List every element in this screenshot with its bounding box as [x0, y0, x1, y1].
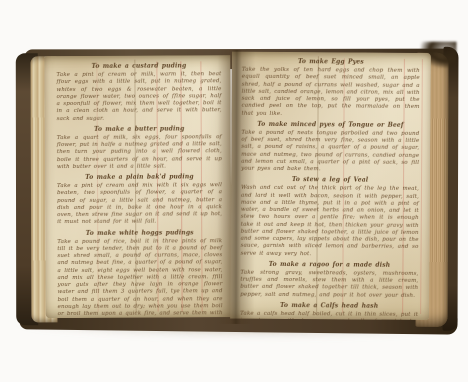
recipe: To make a ragoo for a made dish Take str… [240, 260, 418, 299]
recipe-body: Take a quart of milk, six eggs, four spo… [57, 134, 222, 171]
recipe-title: To make Egg Pyes [242, 58, 420, 67]
right-page-handwritten-text: To make Egg Pyes Take the yolks of ten h… [240, 58, 420, 314]
recipe: To make minced pyes of Tongue or Beef Ta… [241, 120, 419, 174]
right-page: To make Egg Pyes Take the yolks of ten h… [230, 52, 431, 320]
recipe-title: To make a ragoo for a made dish [240, 260, 418, 269]
left-page-handwritten-text: To make a custard puding Take a pint of … [56, 62, 222, 312]
recipe-title: To make minced pyes of Tongue or Beef [241, 120, 419, 129]
red-ruling-line [420, 59, 423, 314]
recipe: To stew a leg of Veal Wash and cut out o… [241, 176, 420, 259]
recipe-title: To make a plain bak'd puding [57, 173, 222, 182]
recipe-body: Take a pint of cream or milk, warm it, t… [56, 71, 221, 123]
recipe: To make a butter puding Take a quart of … [57, 125, 222, 171]
recipe-body: Take the yolks of ten hard eggs and chop… [241, 67, 419, 119]
recipe-title: To make a custard puding [56, 62, 221, 71]
recipe-title: To make a butter puding [57, 125, 222, 134]
photograph-of-open-manuscript-book: To make a custard puding Take a pint of … [0, 0, 468, 382]
left-page: To make a custard puding Take a pint of … [44, 55, 231, 318]
recipe-body: Take strong gravy, sweetbreads, oysters,… [240, 269, 418, 299]
recipe-title: To stew a leg of Veal [241, 176, 419, 185]
recipe: To make white hoggs pudings Take a pound… [57, 229, 223, 318]
recipe-body: Take a pound of neats tongue parboiled a… [241, 129, 419, 174]
recipe-body: Take a pint of cream and mix with it six… [57, 182, 222, 226]
recipe: To make Egg Pyes Take the yolks of ten h… [241, 58, 419, 119]
recipe-title: To make a Calfs head hash [240, 301, 418, 310]
recipe-body: Take a calfs head half boiled, cut it in… [240, 310, 418, 320]
recipe: To make a custard puding Take a pint of … [56, 62, 221, 123]
recipe: To make a Calfs head hash Take a calfs h… [240, 301, 419, 320]
recipe-title: To make white hoggs pudings [57, 229, 222, 238]
recipe-body: Take a pound of rice, boil it in three p… [57, 238, 222, 318]
recipe: To make a plain bak'd puding Take a pint… [57, 173, 222, 226]
open-recipe-book: To make a custard puding Take a pint of … [13, 41, 460, 339]
recipe-body: Wash and cut out of the thick part of th… [241, 185, 420, 259]
